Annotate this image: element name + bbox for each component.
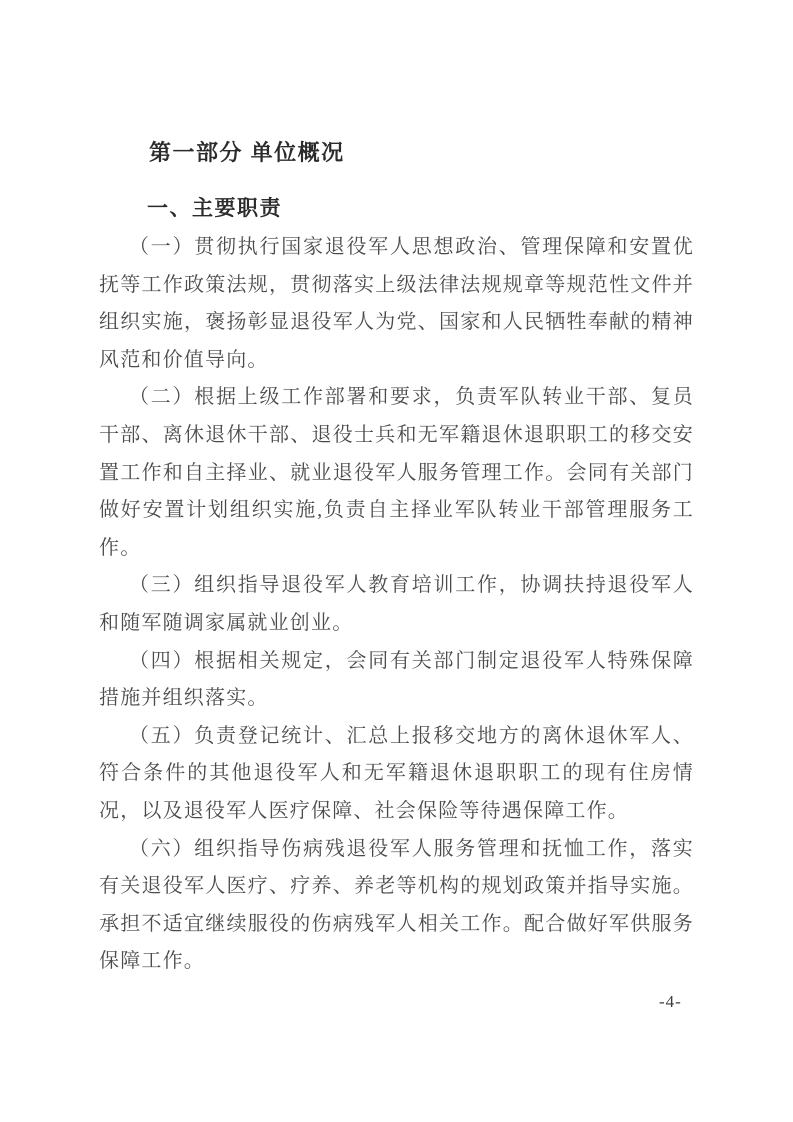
paragraph-duty-5: （五）负责登记统计、汇总上报移交地方的离休退休军人、符合条件的其他退役军人和无军… xyxy=(99,718,694,831)
paragraph-duty-1: （一）贯彻执行国家退役军人思想政治、管理保障和安置优抚等工作政策法规，贯彻落实上… xyxy=(99,229,694,379)
section-heading: 一、主要职责 xyxy=(147,196,282,221)
paragraph-duty-3: （三）组织指导退役军人教育培训工作，协调扶持退役军人和随军随调家属就业创业。 xyxy=(99,567,694,642)
page-number: -4- xyxy=(659,992,682,1012)
paragraph-duty-2: （二）根据上级工作部署和要求，负责军队转业干部、复员干部、离休退休干部、退役士兵… xyxy=(99,379,694,567)
paragraph-duty-6: （六）组织指导伤病残退役军人服务管理和抚恤工作，落实有关退役军人医疗、疗养、养老… xyxy=(99,831,694,981)
paragraph-duty-4: （四）根据相关规定，会同有关部门制定退役军人特殊保障措施并组织落实。 xyxy=(99,643,694,718)
document-page: 第一部分 单位概况 一、主要职责 （一）贯彻执行国家退役军人思想政治、管理保障和… xyxy=(0,0,793,1122)
document-body: （一）贯彻执行国家退役军人思想政治、管理保障和安置优抚等工作政策法规，贯彻落实上… xyxy=(99,229,694,981)
document-title: 第一部分 单位概况 xyxy=(149,140,345,166)
